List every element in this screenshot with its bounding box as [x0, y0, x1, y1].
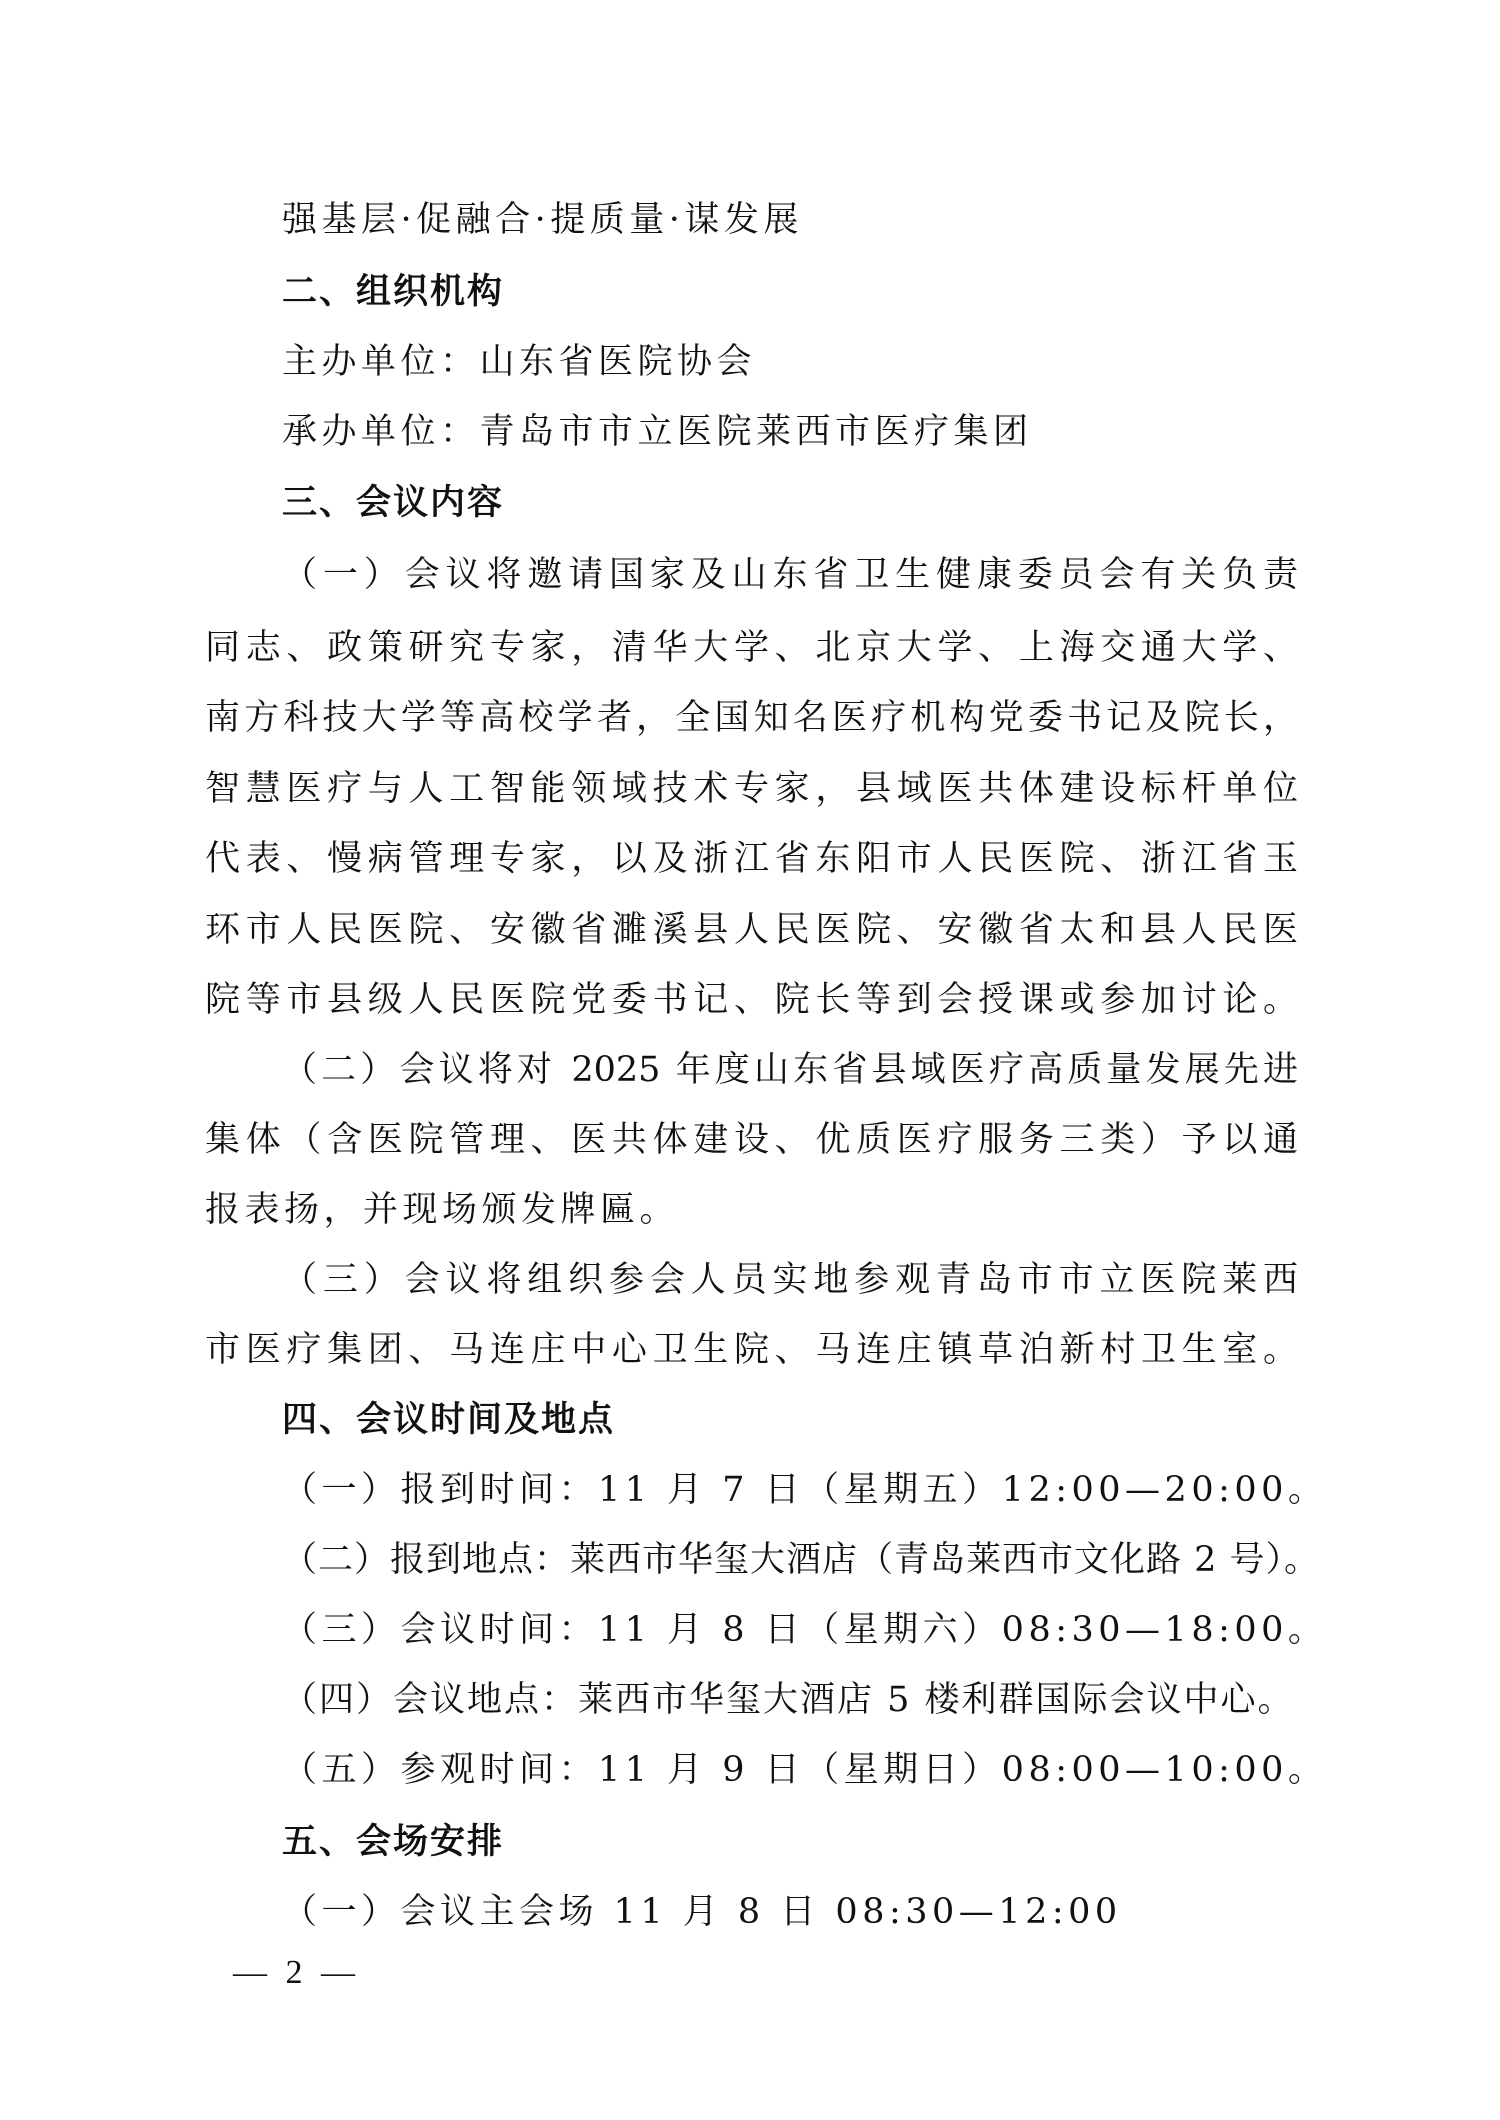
- venue-item: （一）会议主会场 11 月 8 日 08:30—12:00: [282, 1887, 1122, 1937]
- document-page: 强基层·促融合·提质量·谋发展 二、组织机构 主办单位：山东省医院协会 承办单位…: [0, 0, 1500, 2120]
- content-item3-line: 市医疗集团、马连庄中心卫生院、马连庄镇草泊新村卫生室。: [205, 1325, 1298, 1375]
- content-item1-line: 环市人民医院、安徽省濉溪县人民医院、安徽省太和县人民医: [205, 905, 1298, 955]
- schedule-item: （一）报到时间：11 月 7 日（星期五）12:00—20:00。: [282, 1465, 1327, 1515]
- schedule-item: （三）会议时间：11 月 8 日（星期六）08:30—18:00。: [282, 1605, 1327, 1655]
- content-item2-line: 报表扬，并现场颁发牌匾。: [205, 1185, 679, 1235]
- section-heading-content: 三、会议内容: [282, 478, 504, 528]
- host-unit: 主办单位：山东省医院协会: [282, 337, 756, 387]
- slogan-text: 强基层·促融合·提质量·谋发展: [282, 195, 803, 245]
- content-item1-line: 代表、慢病管理专家，以及浙江省东阳市人民医院、浙江省玉: [205, 834, 1298, 884]
- content-item1-line: 南方科技大学等高校学者，全国知名医疗机构党委书记及院长，: [205, 693, 1298, 743]
- section-heading-time-place: 四、会议时间及地点: [282, 1395, 615, 1445]
- content-item1-line: 院等市县级人民医院党委书记、院长等到会授课或参加讨论。: [205, 975, 1298, 1025]
- section-heading-organization: 二、组织机构: [282, 267, 504, 317]
- section-heading-venue: 五、会场安排: [282, 1817, 504, 1867]
- content-item1-line: 同志、政策研究专家，清华大学、北京大学、上海交通大学、: [205, 623, 1298, 673]
- schedule-item: （五）参观时间：11 月 9 日（星期日）08:00—10:00。: [282, 1745, 1327, 1795]
- content-item2-line: （二）会议将对 2025 年度山东省县域医疗高质量发展先进: [282, 1045, 1298, 1095]
- content-item3-line: （三）会议将组织参会人员实地参观青岛市市立医院莱西: [282, 1255, 1298, 1305]
- schedule-item: （四）会议地点：莱西市华玺大酒店 5 楼利群国际会议中心。: [282, 1675, 1295, 1725]
- schedule-item: （二）报到地点：莱西市华玺大酒店（青岛莱西市文化路 2 号）。: [282, 1535, 1320, 1585]
- organizer-unit: 承办单位：青岛市市立医院莱西市医疗集团: [282, 407, 1033, 457]
- content-item1-line: （一）会议将邀请国家及山东省卫生健康委员会有关负责: [282, 550, 1298, 600]
- page-number: — 2 —: [233, 1950, 355, 1996]
- content-item1-line: 智慧医疗与人工智能领域技术专家，县域医共体建设标杆单位: [205, 764, 1298, 814]
- content-item2-line: 集体（含医院管理、医共体建设、优质医疗服务三类）予以通: [205, 1115, 1298, 1165]
